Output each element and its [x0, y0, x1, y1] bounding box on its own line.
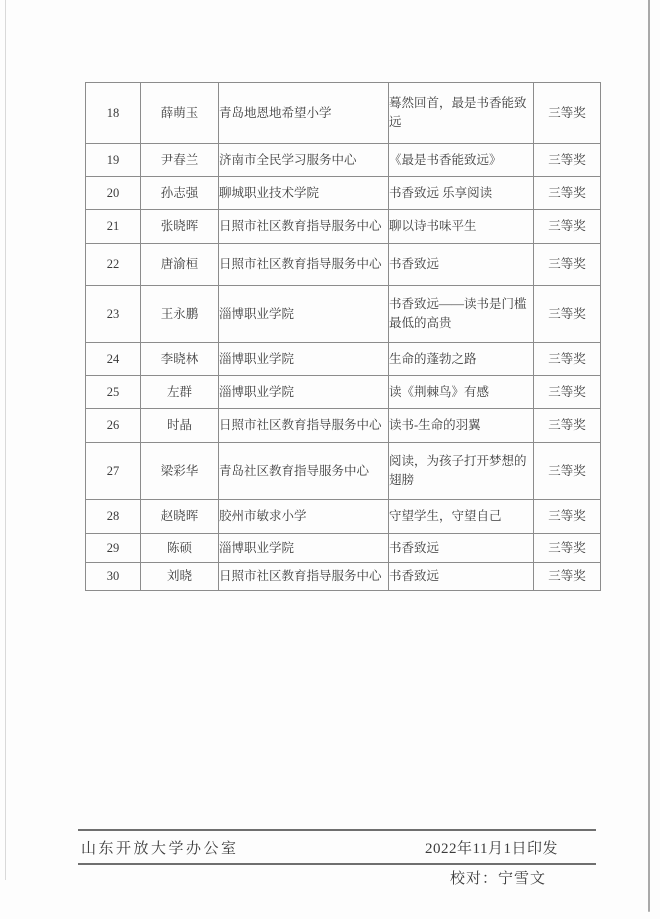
- cell-title: 阅读，为孩子打开梦想的翅膀: [389, 443, 534, 500]
- cell-organization: 淄博职业学院: [219, 376, 389, 409]
- cell-title: 读书-生命的羽翼: [389, 409, 534, 443]
- cell-name: 梁彩华: [141, 443, 219, 500]
- cell-name: 赵晓晖: [141, 500, 219, 534]
- cell-title: 书香致远: [389, 563, 534, 591]
- cell-award: 三等奖: [534, 443, 601, 500]
- cell-title: 读《荆棘鸟》有感: [389, 376, 534, 409]
- table-row: 29 陈硕 淄博职业学院 书香致远 三等奖: [86, 534, 601, 563]
- cell-number: 30: [86, 563, 141, 591]
- table-row: 28 赵晓晖 胶州市敏求小学 守望学生，守望自己 三等奖: [86, 500, 601, 534]
- cell-number: 26: [86, 409, 141, 443]
- cell-number: 23: [86, 286, 141, 343]
- cell-name: 尹春兰: [141, 144, 219, 177]
- cell-title: 生命的蓬勃之路: [389, 343, 534, 376]
- document-page: 18 薛萌玉 青岛地恩地希望小学 蓦然回首，最是书香能致远 三等奖 19 尹春兰…: [0, 0, 660, 919]
- cell-organization: 济南市全民学习服务中心: [219, 144, 389, 177]
- cell-title: 《最是书香能致远》: [389, 144, 534, 177]
- proofreader-line: 校对：宁雪文: [78, 866, 596, 888]
- cell-organization: 日照市社区教育指导服务中心: [219, 563, 389, 591]
- cell-organization: 淄博职业学院: [219, 343, 389, 376]
- cell-title: 蓦然回首，最是书香能致远: [389, 83, 534, 144]
- cell-name: 王永鹏: [141, 286, 219, 343]
- cell-title: 守望学生，守望自己: [389, 500, 534, 534]
- cell-award: 三等奖: [534, 534, 601, 563]
- print-date-label: 2022年11月1日印发: [425, 837, 558, 858]
- cell-title: 书香致远: [389, 244, 534, 286]
- cell-award: 三等奖: [534, 286, 601, 343]
- award-table: 18 薛萌玉 青岛地恩地希望小学 蓦然回首，最是书香能致远 三等奖 19 尹春兰…: [85, 82, 601, 591]
- cell-title: 聊以诗书味平生: [389, 210, 534, 244]
- cell-organization: 青岛社区教育指导服务中心: [219, 443, 389, 500]
- cell-award: 三等奖: [534, 210, 601, 244]
- cell-number: 22: [86, 244, 141, 286]
- footer-rule-top: [78, 829, 596, 831]
- cell-award: 三等奖: [534, 83, 601, 144]
- footer-line: 山东开放大学办公室 2022年11月1日印发: [78, 832, 596, 862]
- cell-award: 三等奖: [534, 376, 601, 409]
- cell-name: 陈硕: [141, 534, 219, 563]
- cell-organization: 日照市社区教育指导服务中心: [219, 409, 389, 443]
- cell-title: 书香致远——读书是门槛最低的高贵: [389, 286, 534, 343]
- cell-name: 李晓林: [141, 343, 219, 376]
- cell-number: 20: [86, 177, 141, 210]
- cell-organization: 日照市社区教育指导服务中心: [219, 244, 389, 286]
- table-row: 18 薛萌玉 青岛地恩地希望小学 蓦然回首，最是书香能致远 三等奖: [86, 83, 601, 144]
- table-row: 22 唐渝桓 日照市社区教育指导服务中心 书香致远 三等奖: [86, 244, 601, 286]
- cell-award: 三等奖: [534, 244, 601, 286]
- table-row: 26 时晶 日照市社区教育指导服务中心 读书-生命的羽翼 三等奖: [86, 409, 601, 443]
- table-row: 23 王永鹏 淄博职业学院 书香致远——读书是门槛最低的高贵 三等奖: [86, 286, 601, 343]
- table-row: 20 孙志强 聊城职业技术学院 书香致远 乐享阅读 三等奖: [86, 177, 601, 210]
- cell-name: 时晶: [141, 409, 219, 443]
- cell-award: 三等奖: [534, 343, 601, 376]
- page-edge-right: [648, 0, 650, 912]
- cell-award: 三等奖: [534, 563, 601, 591]
- cell-award: 三等奖: [534, 177, 601, 210]
- cell-number: 27: [86, 443, 141, 500]
- cell-number: 24: [86, 343, 141, 376]
- cell-name: 孙志强: [141, 177, 219, 210]
- table-row: 30 刘晓 日照市社区教育指导服务中心 书香致远 三等奖: [86, 563, 601, 591]
- cell-name: 张晓晖: [141, 210, 219, 244]
- footer-rule-bottom: [78, 863, 596, 865]
- cell-number: 18: [86, 83, 141, 144]
- table-row: 27 梁彩华 青岛社区教育指导服务中心 阅读，为孩子打开梦想的翅膀 三等奖: [86, 443, 601, 500]
- cell-number: 29: [86, 534, 141, 563]
- cell-name: 左群: [141, 376, 219, 409]
- cell-organization: 聊城职业技术学院: [219, 177, 389, 210]
- table-row: 21 张晓晖 日照市社区教育指导服务中心 聊以诗书味平生 三等奖: [86, 210, 601, 244]
- cell-organization: 淄博职业学院: [219, 286, 389, 343]
- table-row: 24 李晓林 淄博职业学院 生命的蓬勃之路 三等奖: [86, 343, 601, 376]
- cell-organization: 淄博职业学院: [219, 534, 389, 563]
- cell-name: 薛萌玉: [141, 83, 219, 144]
- cell-organization: 青岛地恩地希望小学: [219, 83, 389, 144]
- cell-award: 三等奖: [534, 144, 601, 177]
- page-edge-left: [5, 0, 6, 880]
- table-row: 19 尹春兰 济南市全民学习服务中心 《最是书香能致远》 三等奖: [86, 144, 601, 177]
- cell-organization: 日照市社区教育指导服务中心: [219, 210, 389, 244]
- cell-award: 三等奖: [534, 500, 601, 534]
- cell-title: 书香致远: [389, 534, 534, 563]
- cell-number: 28: [86, 500, 141, 534]
- issuing-office-label: 山东开放大学办公室: [78, 837, 239, 858]
- cell-number: 25: [86, 376, 141, 409]
- cell-name: 刘晓: [141, 563, 219, 591]
- cell-number: 19: [86, 144, 141, 177]
- table-row: 25 左群 淄博职业学院 读《荆棘鸟》有感 三等奖: [86, 376, 601, 409]
- cell-award: 三等奖: [534, 409, 601, 443]
- cell-title: 书香致远 乐享阅读: [389, 177, 534, 210]
- proofreader-label: 校对：宁雪文: [450, 867, 546, 888]
- cell-organization: 胶州市敏求小学: [219, 500, 389, 534]
- cell-name: 唐渝桓: [141, 244, 219, 286]
- cell-number: 21: [86, 210, 141, 244]
